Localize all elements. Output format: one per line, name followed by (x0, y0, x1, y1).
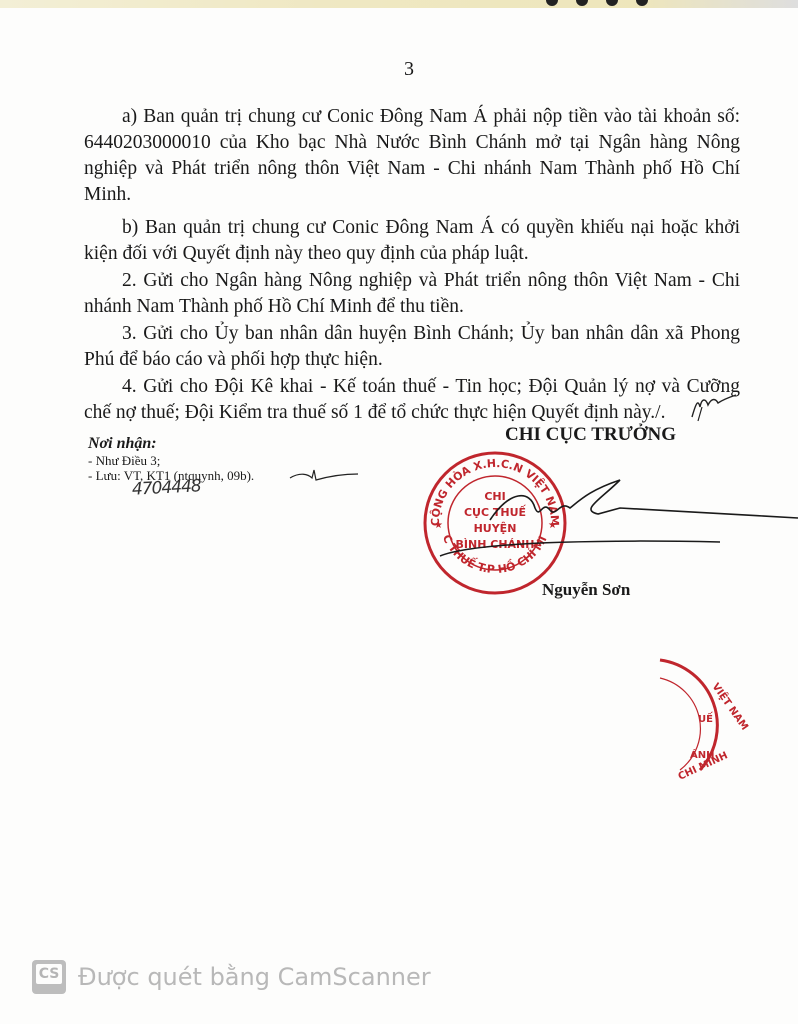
recipient-line: - Như Điều 3; (88, 453, 254, 468)
paragraph-item-4: 4. Gửi cho Đội Kê khai - Kế toán thuế - … (84, 374, 740, 426)
punch-marks (546, 0, 648, 6)
handwritten-signature (430, 470, 798, 560)
signer-name: Nguyễn Sơn (542, 580, 630, 600)
recipients-title: Nơi nhận: (88, 434, 254, 453)
paragraph-item-2: 2. Gửi cho Ngân hàng Nông nghiệp và Phát… (84, 268, 740, 320)
svg-text:ÁNH: ÁNH (690, 748, 714, 761)
paragraph-item-3: 3. Gửi cho Ủy ban nhân dân huyện Bình Ch… (84, 321, 740, 373)
signer-title: CHI CỤC TRƯỞNG (505, 424, 676, 446)
handwritten-number: 4704448 (132, 476, 202, 500)
watermark-text: Được quét bằng CamScanner (78, 963, 431, 991)
camscanner-watermark: CS Được quét bằng CamScanner (32, 960, 431, 994)
scan-edge (0, 0, 798, 8)
handwritten-strike (290, 468, 360, 484)
initials-mark (690, 393, 740, 423)
paragraph-b: b) Ban quản trị chung cư Conic Đông Nam … (84, 215, 740, 267)
camscanner-icon: CS (32, 960, 66, 994)
partial-stamp: VIỆT NAM CHI MINH UẾ ÁNH (640, 640, 760, 790)
recipients-block: Nơi nhận: - Như Điều 3; - Lưu: VT, KT1 (… (88, 434, 254, 483)
paragraph-a: a) Ban quản trị chung cư Conic Đông Nam … (84, 104, 740, 208)
page-number: 3 (404, 58, 414, 81)
svg-text:UẾ: UẾ (698, 710, 713, 725)
